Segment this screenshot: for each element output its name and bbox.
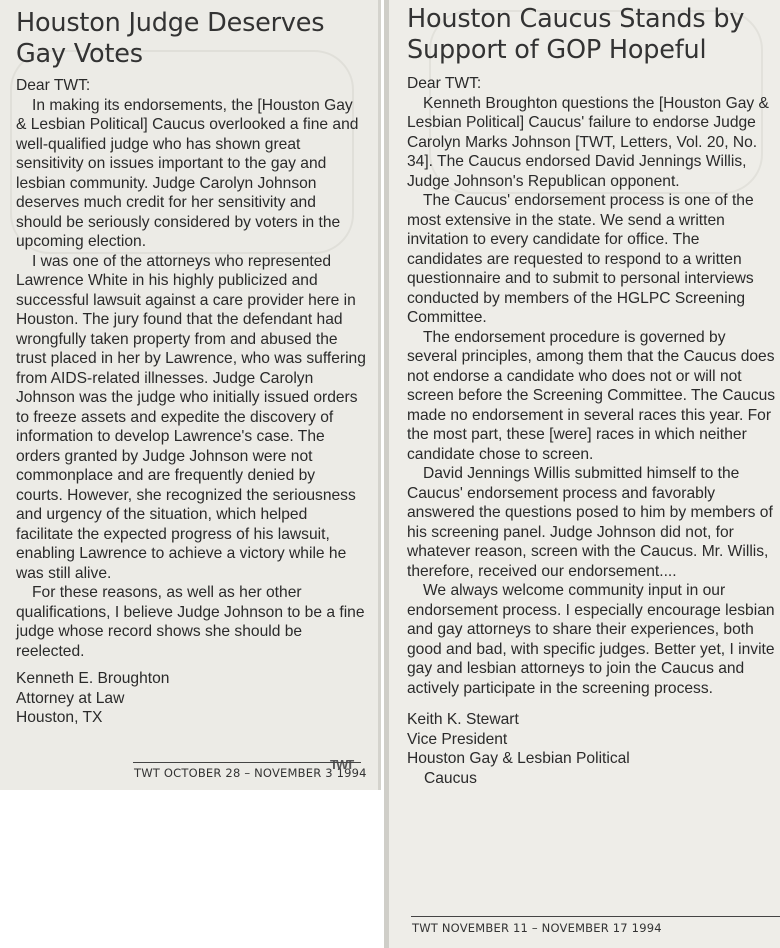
left-body: In making its endorsements, the [Houston… (16, 96, 366, 662)
right-paragraph-3: The endorsement procedure is governed by… (407, 328, 777, 465)
left-paragraph-2: I was one of the attorneys who represent… (16, 252, 366, 584)
left-footer-dateline: TWT OCTOBER 28 – NOVEMBER 3 1994 (134, 766, 367, 780)
right-letter: Houston Caucus Stands by Support of GOP … (407, 4, 777, 788)
right-paragraph-2: The Caucus' endorsement process is one o… (407, 191, 777, 328)
right-signature: Keith K. Stewart Vice President Houston … (407, 710, 777, 788)
right-signature-org: Houston Gay & Lesbian Political (407, 749, 777, 769)
left-footer-rule (133, 762, 361, 763)
left-paragraph-1: In making its endorsements, the [Houston… (16, 96, 366, 252)
right-body: Kenneth Broughton questions the [Houston… (407, 94, 777, 699)
right-signature-org-cont: Caucus (407, 769, 777, 789)
right-headline: Houston Caucus Stands by Support of GOP … (407, 4, 777, 66)
left-signature-location: Houston, TX (16, 708, 366, 728)
left-clipping: Houston Judge Deserves Gay Votes Dear TW… (0, 0, 381, 790)
right-footer-dateline: TWT NOVEMBER 11 – NOVEMBER 17 1994 (412, 921, 662, 935)
left-salutation: Dear TWT: (16, 76, 366, 96)
left-signature-title: Attorney at Law (16, 689, 366, 709)
left-headline: Houston Judge Deserves Gay Votes (16, 8, 366, 70)
right-paragraph-1: Kenneth Broughton questions the [Houston… (407, 94, 777, 192)
right-paragraph-5: We always welcome community input in our… (407, 581, 777, 698)
right-clipping: Houston Caucus Stands by Support of GOP … (384, 0, 780, 948)
right-salutation: Dear TWT: (407, 74, 777, 94)
left-signature: Kenneth E. Broughton Attorney at Law Hou… (16, 669, 366, 728)
left-paragraph-3: For these reasons, as well as her other … (16, 583, 366, 661)
left-signature-name: Kenneth E. Broughton (16, 669, 366, 689)
right-footer-rule (411, 916, 780, 917)
right-paragraph-4: David Jennings Willis submitted himself … (407, 464, 777, 581)
right-signature-name: Keith K. Stewart (407, 710, 777, 730)
left-letter: Houston Judge Deserves Gay Votes Dear TW… (16, 8, 366, 728)
right-signature-title: Vice President (407, 730, 777, 750)
